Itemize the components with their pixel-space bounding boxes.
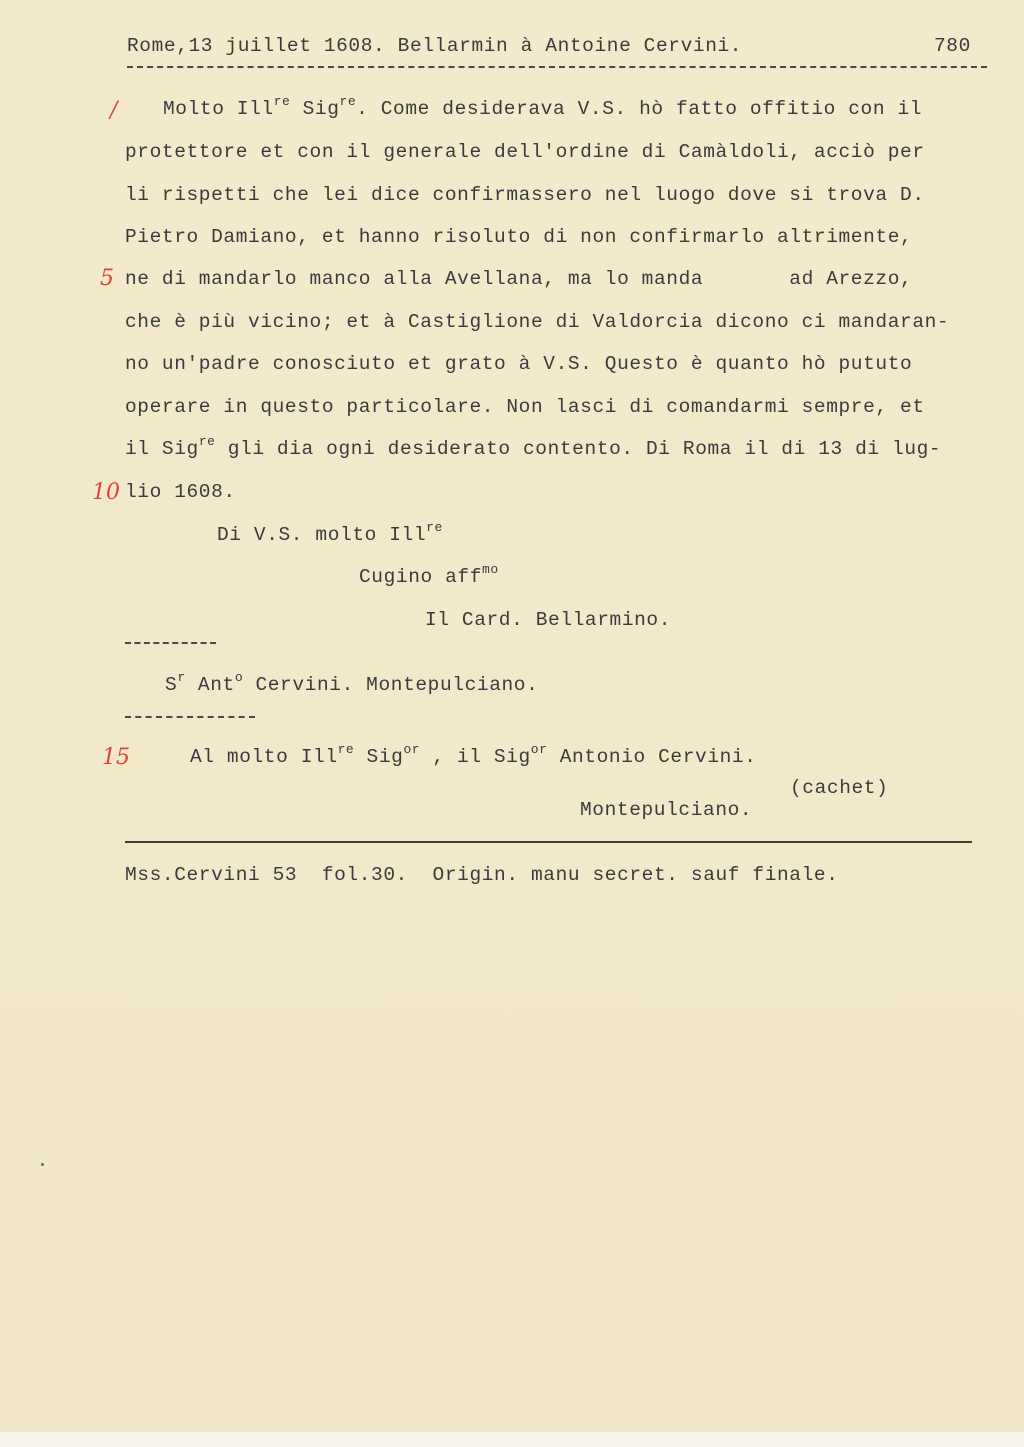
signature: Il Card. Bellarmino. [425, 609, 671, 631]
page-number: 780 [934, 35, 971, 57]
letter-line-6: che è più vicino; et à Castiglione di Va… [125, 311, 949, 333]
footer-divider [125, 841, 972, 843]
line-number-mark-15: 15 [102, 745, 130, 770]
letter-line-3: li rispetti che lei dice confirmassero n… [125, 184, 925, 206]
header-title: Rome,13 juillet 1608. Bellarmin à Antoin… [127, 35, 742, 57]
letter-line-1: Molto Illre Sigre. Come desiderava V.S. … [163, 98, 922, 120]
letter-line-4: Pietro Damiano, et hanno risoluto di non… [125, 226, 912, 248]
separator-short-2 [125, 716, 255, 718]
letter-line-10: lio 1608. [125, 481, 236, 503]
separator-short-1 [125, 642, 216, 644]
recipient-note: Sr Anto Cervini. Montepulciano. [165, 674, 538, 696]
source-reference: Mss.Cervini 53 fol.30. Origin. manu secr… [125, 864, 839, 886]
address-city: Montepulciano. [580, 799, 752, 821]
letter-line-9: il Sigre gli dia ogni desiderato content… [125, 438, 941, 460]
closing-salutation: Di V.S. molto Illre [217, 524, 443, 546]
letter-line-8: operare in questo particolare. Non lasci… [125, 396, 925, 418]
line-number-mark-10: 10 [92, 480, 120, 505]
letter-line-5: ne di mandarlo manco alla Avellana, ma l… [125, 268, 912, 290]
letter-line-2: protettore et con il generale dell'ordin… [125, 141, 925, 163]
closing-relation: Cugino affmo [359, 566, 499, 588]
seal-note: (cachet) [790, 777, 888, 799]
header-divider [127, 66, 987, 68]
line-number-mark-5: 5 [100, 266, 114, 291]
paper-speck [41, 1163, 44, 1166]
address-line: Al molto Illre Sigor , il Sigor Antonio … [190, 746, 757, 768]
letter-line-7: no un'padre conosciuto et grato à V.S. Q… [125, 353, 912, 375]
line-number-mark-1: / [110, 98, 117, 123]
scan-edge [0, 1432, 1024, 1447]
document-page: Rome,13 juillet 1608. Bellarmin à Antoin… [0, 0, 1024, 1447]
